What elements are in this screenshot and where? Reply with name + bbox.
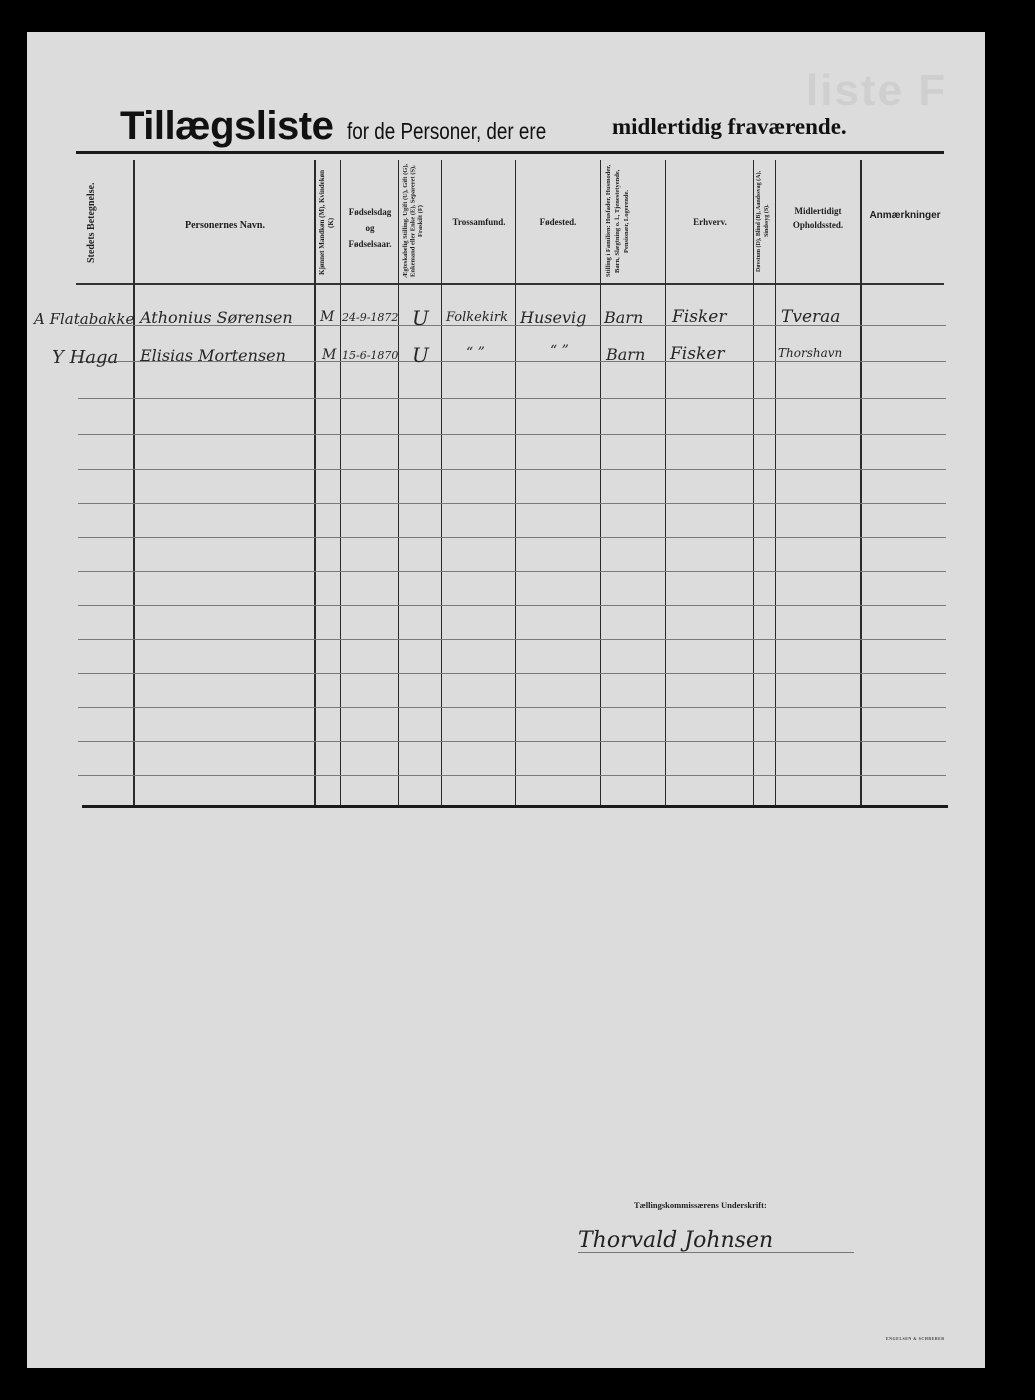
census-form-page [27,32,985,1368]
header-temp-residence: Midlertidigt Opholdssted. [778,204,858,232]
row2-name: Elisias Mortensen [140,346,286,365]
row2-religion: “ ” [466,345,485,361]
signature-label: Tællingskommissærens Underskrift: [634,1200,767,1210]
row1-birthplace: Husevig [520,308,586,327]
column-divider [775,160,776,805]
table-bottom-rule [82,805,948,808]
signature: Thorvald Johnsen [578,1228,773,1253]
column-divider [314,160,316,805]
row-rule [78,673,946,674]
row1-birth: 24-9-1872 [342,311,398,324]
row-rule [78,639,946,640]
header-family: Stilling i Familien: Husfader, Husmoder,… [604,162,662,280]
row-rule [78,434,946,435]
header-marital: Ægteskabelig Stilling. Ugift (U), Gift (… [402,162,438,280]
row-rule [78,571,946,572]
row1-sex: M [320,309,334,325]
row2-place: Y Haga [52,347,118,368]
header-religion: Trossamfund. [444,216,514,228]
signature-line [578,1252,854,1253]
title-main: Tillægsliste [120,104,333,148]
header-name: Personernes Navn. [140,220,310,232]
header-remarks: Anmærkninger [862,210,948,222]
column-divider [600,160,601,805]
row2-sex: M [322,347,336,363]
column-divider [753,160,754,805]
row1-religion: Folkekirk [446,310,508,325]
row1-family: Barn [604,308,643,327]
column-divider [441,160,442,805]
printer-mark: ENGELSEN & SCHREBER [886,1336,945,1341]
row1-occupation: Fisker [672,307,726,327]
bleed-through-text: liste F [806,66,947,116]
row-rule [78,741,946,742]
title-subtitle: for de Personer, der ere [347,118,546,145]
header-occupation: Erhverv. [668,216,752,228]
column-divider [515,160,516,805]
header-birth: Fødselsdag og Fødselsaar. [344,204,396,252]
row1-temp-residence: Tveraa [781,307,840,327]
row1-place: A Flatabakke [34,310,134,328]
header-sex: Kjønnet Mandkøn (M), Kvindekøn (K) [318,165,338,280]
title-subtitle-bold: midlertidig fraværende. [612,114,847,140]
row-rule [78,605,946,606]
header-bottom-rule [76,283,944,285]
row2-marital: U [412,343,429,367]
table-top-rule [76,151,944,154]
row-rule [78,707,946,708]
column-divider [665,160,666,805]
row-rule [78,503,946,504]
row-rule [78,469,946,470]
column-divider [860,160,862,805]
row2-birth: 15-6-1870 [342,349,398,362]
column-divider [340,160,341,805]
row2-family: Barn [606,345,645,364]
header-place: Stedets Betegnelse. [86,165,126,280]
row1-name: Athonius Sørensen [140,308,293,327]
row2-temp-residence: Thorshavn [778,346,842,360]
form-title: Tillægsliste for de Personer, der ere mi… [120,104,590,149]
column-divider [398,160,399,805]
row1-marital: U [412,306,429,330]
column-divider [133,160,135,805]
header-disability: Døvstum (D), Blind (B), Aandssvag (A), S… [755,162,774,280]
row-rule [78,775,946,776]
row-rule [78,537,946,538]
row-rule [78,398,946,399]
row2-occupation: Fisker [670,344,724,364]
header-birthplace: Fødested. [518,216,598,228]
row2-birthplace: “ ” [550,343,569,359]
